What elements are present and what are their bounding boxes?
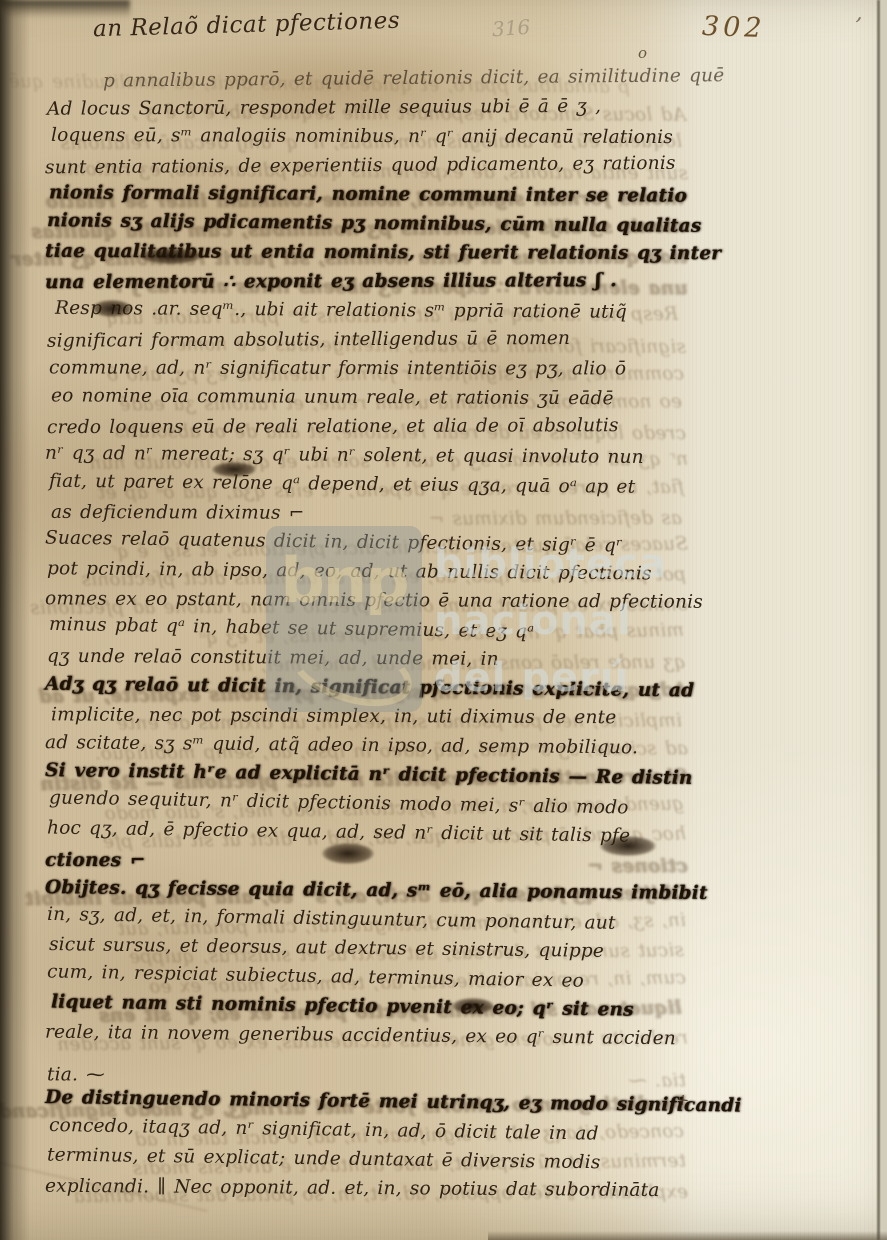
manuscript-line: implicite, nec pot pscindi simplex, in, … (51, 700, 695, 732)
top-left-edge-shadow (0, 0, 130, 18)
manuscript-body-text: p annalibus pparō, et quidē relationis d… (45, 64, 695, 1203)
manuscript-line: loquens eū, sᵐ analogiis nominibus, nʳ q… (51, 121, 695, 152)
ink-blot (600, 836, 656, 856)
right-edge-line (877, 0, 880, 1240)
ink-blot (212, 462, 256, 477)
marginal-mark: + (675, 1089, 690, 1109)
manuscript-line: reale, ita in novem generibus accidentiu… (45, 1018, 695, 1054)
manuscript-line: nionis sʒ alijs pdicamentis pʒ nominibus… (47, 206, 695, 241)
manuscript-line: explicandi. ∥ Nec opponit, ad. et, in, s… (45, 1172, 695, 1206)
manuscript-scan: p annalibus pparō, et quidē relationis d… (0, 0, 887, 1240)
ink-blot (322, 843, 374, 864)
manuscript-line: nionis formali significari, nomine commu… (49, 178, 695, 210)
manuscript-line: p annalibus pparō, et quidē relationis d… (103, 61, 695, 95)
book-gutter-shadow (0, 0, 30, 1240)
manuscript-line: significari formam absolutis, intelligen… (47, 323, 695, 355)
manuscript-line: eo nomine oīa communia unum reale, et ra… (51, 381, 695, 413)
marginal-mark: o (638, 44, 647, 62)
ink-blot (452, 998, 494, 1014)
manuscript-line: una elementorū ∴ exponit eʒ absens illiu… (45, 266, 695, 297)
manuscript-line: sunt entia rationis, de experientiis quo… (45, 149, 695, 183)
marginal-mark: 316 (491, 15, 531, 42)
manuscript-line: Resp nos .ar. seqᵐ., ubi ait relationis … (55, 294, 695, 327)
bottom-edge-shadow (488, 1231, 887, 1240)
ink-blot (140, 248, 202, 264)
manuscript-line: Ad locus Sanctorū, respondet mille sequi… (47, 91, 695, 123)
folio-number: 302 (701, 11, 766, 44)
manuscript-line: fiat, ut paret ex relōne qᵃ depend, et e… (49, 467, 695, 503)
manuscript-line: credo loquens eū de reali relatione, et … (47, 411, 695, 442)
manuscript-line: pot pcindi, in, ab ipso, ad, eo, ad, ut … (47, 554, 695, 589)
ink-blot (92, 300, 132, 317)
manuscript-line: commune, ad, nʳ significatur formis inte… (49, 353, 695, 383)
